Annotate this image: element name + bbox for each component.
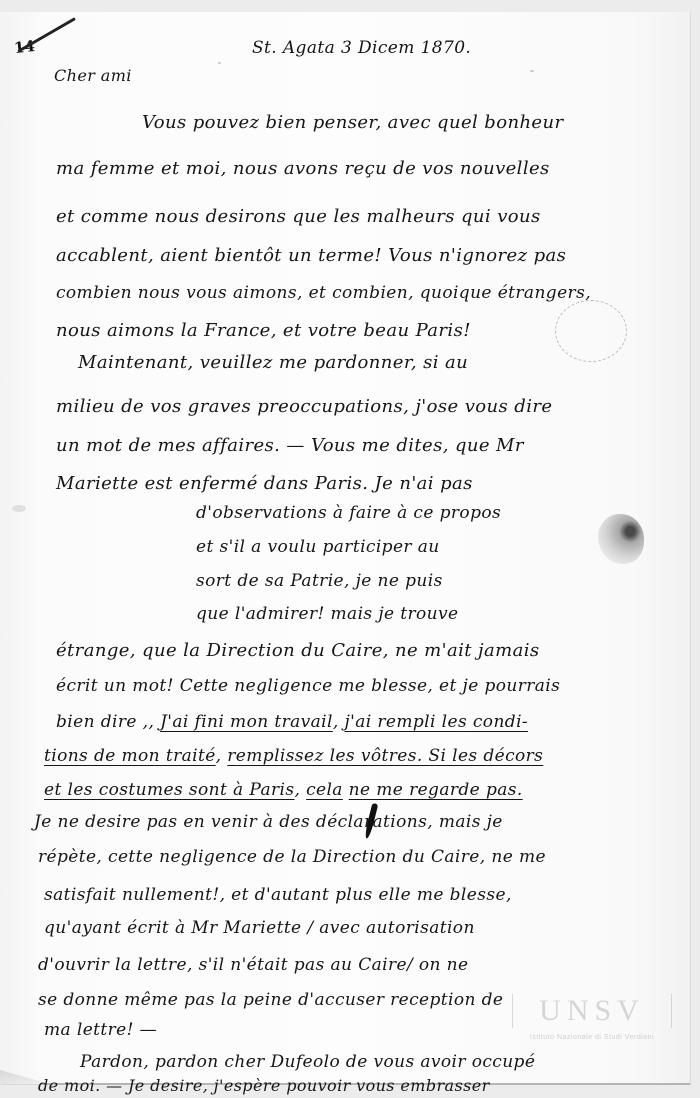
underlined-phrase: J'ai fini mon travail — [160, 712, 333, 732]
letter-line-22: satisfait nullement!, et d'autant plus e… — [44, 885, 512, 905]
letter-line-1: Vous pouvez bien penser, avec quel bonhe… — [142, 112, 563, 133]
salutation: Cher ami — [54, 66, 132, 85]
underlined-phrase: j'ai rempli les condi- — [344, 712, 528, 732]
letter-line-19: et les costumes sont à Paris, cela ne me… — [44, 780, 523, 800]
letter-line-18: tions de mon traité, remplissez les vôtr… — [44, 746, 543, 766]
letter-line-17: bien dire ,, J'ai fini mon travail, j'ai… — [56, 712, 528, 732]
letter-line-27: Pardon, pardon cher Dufeolo de vous avoi… — [80, 1052, 535, 1072]
paper-speck — [530, 70, 534, 72]
letter-line-9: un mot de mes affaires. — Vous me dites,… — [56, 435, 524, 456]
faded-stamp — [555, 300, 627, 362]
letter-line-15: étrange, que la Direction du Caire, ne m… — [56, 640, 540, 661]
letter-line-5: combien nous vous aimons, et combien, qu… — [56, 283, 591, 303]
paper-speck — [218, 62, 221, 64]
letter-line-8: milieu de vos graves preoccupations, j'o… — [56, 396, 552, 417]
place-date: St. Agata 3 Dicem 1870. — [252, 38, 471, 58]
line-19-comma: , — [294, 780, 306, 800]
letter-line-25: se donne même pas la peine d'accuser rec… — [38, 990, 503, 1010]
letter-line-7: Maintenant, veuillez me pardonner, si au — [78, 352, 468, 373]
letter-line-3: et comme nous desirons que les malheurs … — [56, 206, 541, 227]
letter-line-20: Je ne desire pas en venir à des déclarat… — [34, 812, 503, 832]
letter-line-12: et s'il a voulu participer au — [196, 537, 440, 557]
letter-line-2: ma femme et moi, nous avons reçu de vos … — [56, 158, 550, 179]
letter-line-13: sort de sa Patrie, je ne puis — [196, 571, 443, 591]
letter-line-24: d'ouvrir la lettre, s'il n'était pas au … — [38, 955, 469, 975]
letter-line-26: ma lettre! — — [44, 1020, 157, 1040]
underlined-phrase: ne me regarde pas. — [349, 780, 523, 800]
scanned-document: 14 St. Agata 3 Dicem 1870. Cher ami Vous… — [0, 0, 700, 1098]
letter-line-28: de moi. — Je desire, j'espère pouvoir vo… — [38, 1076, 490, 1095]
line-17-lead: bien dire ,, — [56, 712, 160, 732]
letter-line-10: Mariette est enfermé dans Paris. Je n'ai… — [56, 473, 473, 494]
underlined-phrase: tions de mon traité — [44, 746, 216, 766]
letter-line-14: que l'admirer! mais je trouve — [196, 604, 459, 624]
paper-speck — [12, 505, 26, 512]
underlined-phrase: et les costumes sont à Paris — [44, 780, 294, 800]
letter-line-23: qu'ayant écrit à Mr Mariette / avec auto… — [44, 918, 475, 938]
wax-seal-blot — [598, 514, 644, 564]
line-18-comma: , — [216, 746, 228, 766]
line-17-comma: , — [333, 712, 345, 732]
underlined-phrase: remplissez les vôtres. Si les décors — [227, 746, 543, 766]
letter-line-4: accablent, aient bientôt un terme! Vous … — [56, 245, 566, 266]
letter-line-21: répète, cette negligence de la Direction… — [38, 847, 546, 867]
letter-line-6: nous aimons la France, et votre beau Par… — [56, 320, 471, 341]
letter-line-11: d'observations à faire à ce propos — [196, 503, 501, 523]
letter-line-16: écrit un mot! Cette negligence me blesse… — [56, 676, 560, 696]
underlined-phrase: cela — [306, 780, 343, 800]
